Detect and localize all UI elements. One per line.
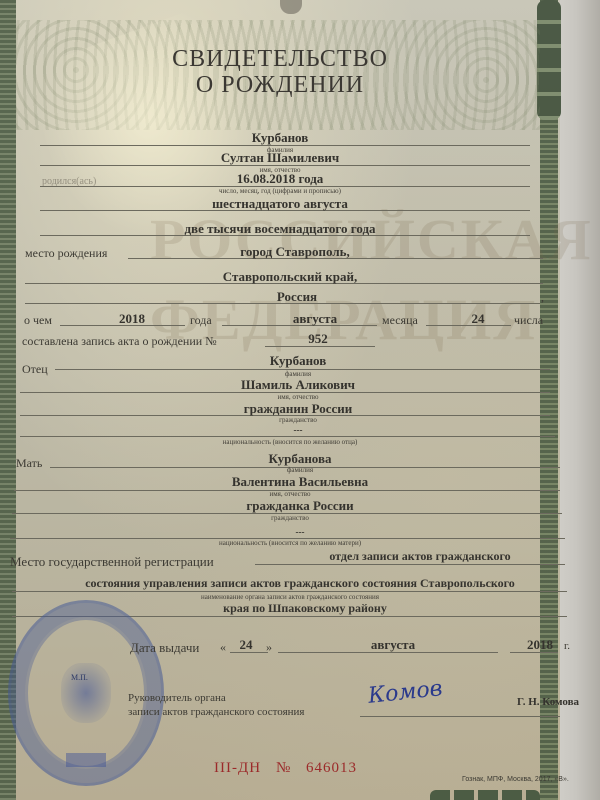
registration-line-3: края по Шпаковскому району: [223, 601, 387, 616]
issue-date-label: Дата выдачи: [130, 640, 199, 656]
father-nationality: ---: [294, 425, 303, 435]
record-about-label: о чем: [24, 313, 52, 328]
child-birth-date: 16.08.2018 года: [237, 171, 324, 187]
record-day: 24: [472, 311, 485, 327]
mother-label: Мать: [16, 456, 42, 471]
birthplace-line-2: Ставропольский край,: [223, 269, 357, 285]
mother-name-caption: имя, отчество: [269, 490, 310, 498]
registration-caption: наименование органа записи актов граждан…: [201, 593, 379, 601]
father-name-caption: имя, отчество: [277, 393, 318, 401]
mother-surname-caption: фамилия: [287, 466, 313, 474]
birth-date-words-2: две тысячи восемнадцатого года: [184, 221, 375, 237]
record-month-label: месяца: [382, 313, 418, 328]
birth-certificate: РОССИЙСКАЯ ФЕДЕРАЦИЯ СВИДЕТЕЛЬСТВО О РОЖ…: [0, 0, 560, 800]
birthplace-line-1: город Ставрополь,: [240, 244, 350, 260]
mother-nationality: ---: [296, 527, 305, 537]
title-line-1: СВИДЕТЕЛЬСТВО: [0, 46, 560, 73]
record-number-label: составлена запись акта о рождении №: [22, 334, 217, 349]
head-label-line-2: записи актов гражданского состояния: [128, 706, 304, 718]
mother-citizenship: гражданка России: [246, 498, 353, 514]
printer-imprint: Гознак, МПФ, Москва, 2017, «В».: [462, 776, 569, 783]
father-name: Шамиль Аликович: [241, 377, 355, 393]
record-day-label: числа: [514, 313, 543, 328]
mother-nationality-caption: национальность (вносится по желанию мате…: [219, 539, 361, 547]
child-name: Султан Шамилевич: [221, 150, 339, 166]
father-surname: Курбанов: [270, 353, 327, 369]
coat-of-arms-icon: [280, 0, 302, 14]
birth-date-caption: число, месяц, год (цифрами и прописью): [219, 187, 341, 195]
birthplace-comma: ,: [541, 290, 544, 305]
mother-citizenship-caption: гражданство: [271, 514, 309, 522]
birthplace-line-3: Россия: [277, 289, 317, 305]
record-month: августа: [293, 311, 337, 327]
father-citizenship: гражданин России: [244, 401, 353, 417]
record-year: 2018: [119, 311, 145, 327]
head-label-line-1: Руководитель органа: [128, 692, 226, 704]
registration-line-2: состояния управления записи актов гражда…: [85, 576, 515, 591]
head-name: Г. Н. Комова: [517, 696, 579, 708]
mother-surname: Курбанова: [268, 451, 331, 467]
double-headed-eagle-icon: [61, 663, 111, 723]
issue-quote-close: »: [266, 640, 272, 655]
birthplace-label: место рождения: [25, 246, 107, 261]
father-citizenship-caption: гражданство: [279, 416, 317, 424]
right-border-ornament: [540, 0, 558, 800]
birth-date-words-1: шестнадцатого августа: [212, 196, 348, 212]
signature: Комов: [367, 676, 444, 709]
bottom-border-ornament: [430, 790, 540, 800]
father-nationality-caption: национальность (вносится по желанию отца…: [223, 438, 358, 446]
serial-number: 646013: [306, 760, 357, 777]
mother-name: Валентина Васильевна: [232, 474, 368, 490]
record-number: 952: [308, 331, 328, 347]
issue-month: августа: [371, 637, 415, 653]
registration-line-1: отдел записи актов гражданского: [329, 549, 510, 564]
father-label: Отец: [22, 362, 48, 377]
stamp-mp-label: М.П.: [71, 673, 88, 682]
issue-year-suffix: г.: [564, 640, 570, 652]
issue-year: 2018: [527, 637, 553, 653]
serial-number-sign: №: [276, 760, 291, 777]
record-year-label: года: [190, 313, 212, 328]
issue-quote-open: «: [220, 640, 226, 655]
issue-day: 24: [240, 637, 253, 653]
registration-label: Место государственной регистрации: [10, 554, 214, 570]
title-line-2: О РОЖДЕНИИ: [0, 72, 560, 99]
child-surname: Курбанов: [252, 130, 309, 146]
serial-series: III-ДН: [214, 760, 261, 777]
